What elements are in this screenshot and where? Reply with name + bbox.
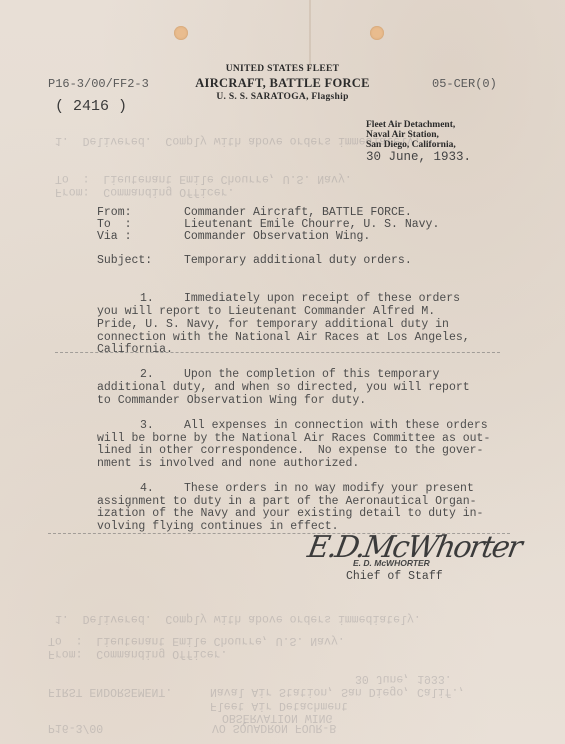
bleed-line: P16-3/00	[48, 721, 103, 734]
punch-hole-right	[370, 26, 384, 40]
paragraph-line: California.	[97, 343, 173, 356]
dashed-separator	[55, 352, 500, 353]
file-reference: P16-3/00/FF2-3	[48, 77, 149, 91]
paragraph-number: 2.	[140, 368, 154, 381]
paragraph-line: Pride, U. S. Navy, for temporary additio…	[97, 318, 449, 331]
signer-title: Chief of Staff	[346, 570, 443, 583]
destination-line-1: Fleet Air Detachment,	[366, 120, 455, 130]
paragraph-line: ization of the Navy and your existing de…	[97, 507, 483, 520]
paragraph-number: 3.	[140, 419, 154, 432]
paragraph-line: to Commander Observation Wing for duty.	[97, 394, 366, 407]
bleed-line: 1. Delivered. Comply with above orders i…	[55, 612, 421, 625]
paragraph-line: Upon the completion of this temporary	[184, 368, 439, 381]
paragraph-line: Immediately upon receipt of these orders	[184, 292, 460, 305]
paragraph-line: you will report to Lieutenant Commander …	[97, 305, 435, 318]
bleed-line: From: Commanding Officer.	[55, 185, 234, 198]
paragraph-line: These orders in no way modify your prese…	[184, 482, 474, 495]
paragraph-number: 4.	[140, 482, 154, 495]
subject-label: Subject:	[97, 254, 152, 267]
routing-code: 05-CER(0)	[432, 77, 497, 91]
paragraph-line: All expenses in connection with these or…	[184, 419, 488, 432]
subject-value: Temporary additional duty orders.	[184, 254, 412, 267]
signer-name: E. D. McWHORTER	[353, 558, 430, 568]
document-page: 1. Delivered. Comply with above orders i…	[0, 0, 565, 744]
destination-line-2: Naval Air Station,	[366, 130, 439, 140]
via-label: Via :	[97, 230, 132, 243]
serial-number: ( 2416 )	[55, 98, 127, 115]
bleed-line: To : Lieutenant Emile Chourre, U.S. Navy…	[48, 634, 345, 647]
paragraph-line: volving flying continues in effect.	[97, 520, 339, 533]
paragraph-line: additional duty, and when so directed, y…	[97, 381, 470, 394]
bleed-line: FIRST ENDORSEMENT.	[48, 685, 172, 698]
paragraph-number: 1.	[140, 292, 154, 305]
bleed-line: From: Commanding Officer.	[48, 647, 227, 660]
via-value: Commander Observation Wing.	[184, 230, 370, 243]
letterhead-line-1: UNITED STATES FLEET	[0, 64, 565, 74]
bleed-line: 30 June, 1933.	[355, 672, 452, 685]
bleed-line: Naval Air Station, San Diego, Calif.,	[210, 685, 465, 698]
bleed-line: To : Lieutenant Emile Chourre, U.S. Navy…	[55, 172, 352, 185]
letter-date: 30 June, 1933.	[366, 150, 471, 164]
bleed-line: VO SQUADRON FOUR-B	[212, 721, 336, 734]
paragraph-line: nment is involved and none authorized.	[97, 457, 359, 470]
destination-line-3: San Diego, California,	[366, 140, 456, 150]
paragraph-line: lined in other correspondence. No expens…	[97, 444, 483, 457]
paper-fold	[309, 0, 311, 70]
punch-hole-left	[174, 26, 188, 40]
